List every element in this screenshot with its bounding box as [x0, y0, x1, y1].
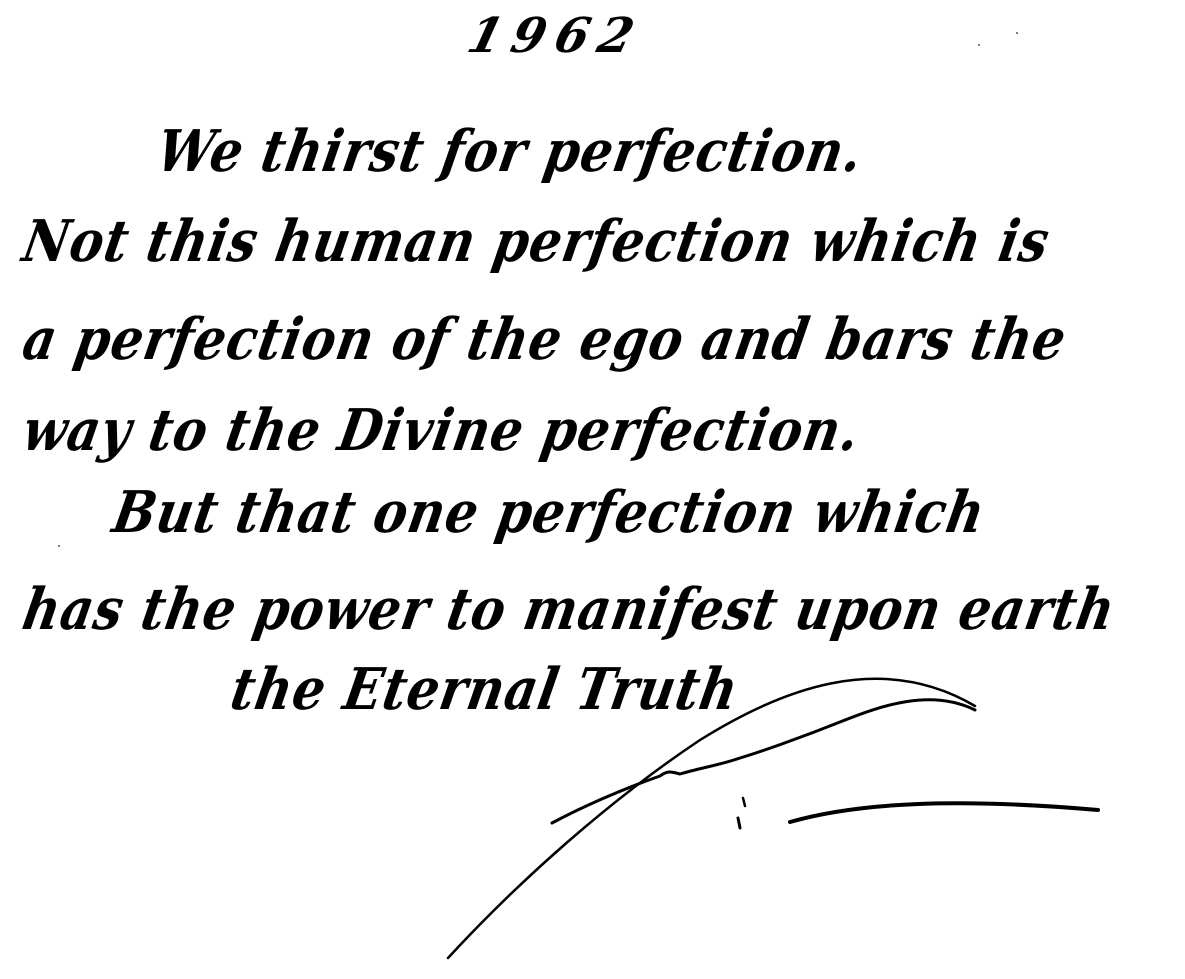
note-line-3: a perfection of the ego and bars the	[18, 305, 1072, 373]
note-line-2: Not this human perfection which is	[18, 207, 1055, 275]
handwritten-note: 1962 We thirst for perfection. Not this …	[0, 0, 1185, 979]
paper-speck	[1016, 32, 1018, 34]
note-line-5: But that one perfection which	[108, 478, 991, 546]
note-line-6: has the power to manifest upon earth	[18, 575, 1121, 643]
paper-speck	[978, 44, 980, 46]
note-year: 1962	[462, 8, 650, 64]
note-line-7: the Eternal Truth	[226, 655, 744, 723]
paper-speck	[58, 545, 60, 547]
note-line-4: way to the Divine perfection.	[18, 396, 865, 464]
note-line-1: We thirst for perfection.	[152, 117, 868, 185]
